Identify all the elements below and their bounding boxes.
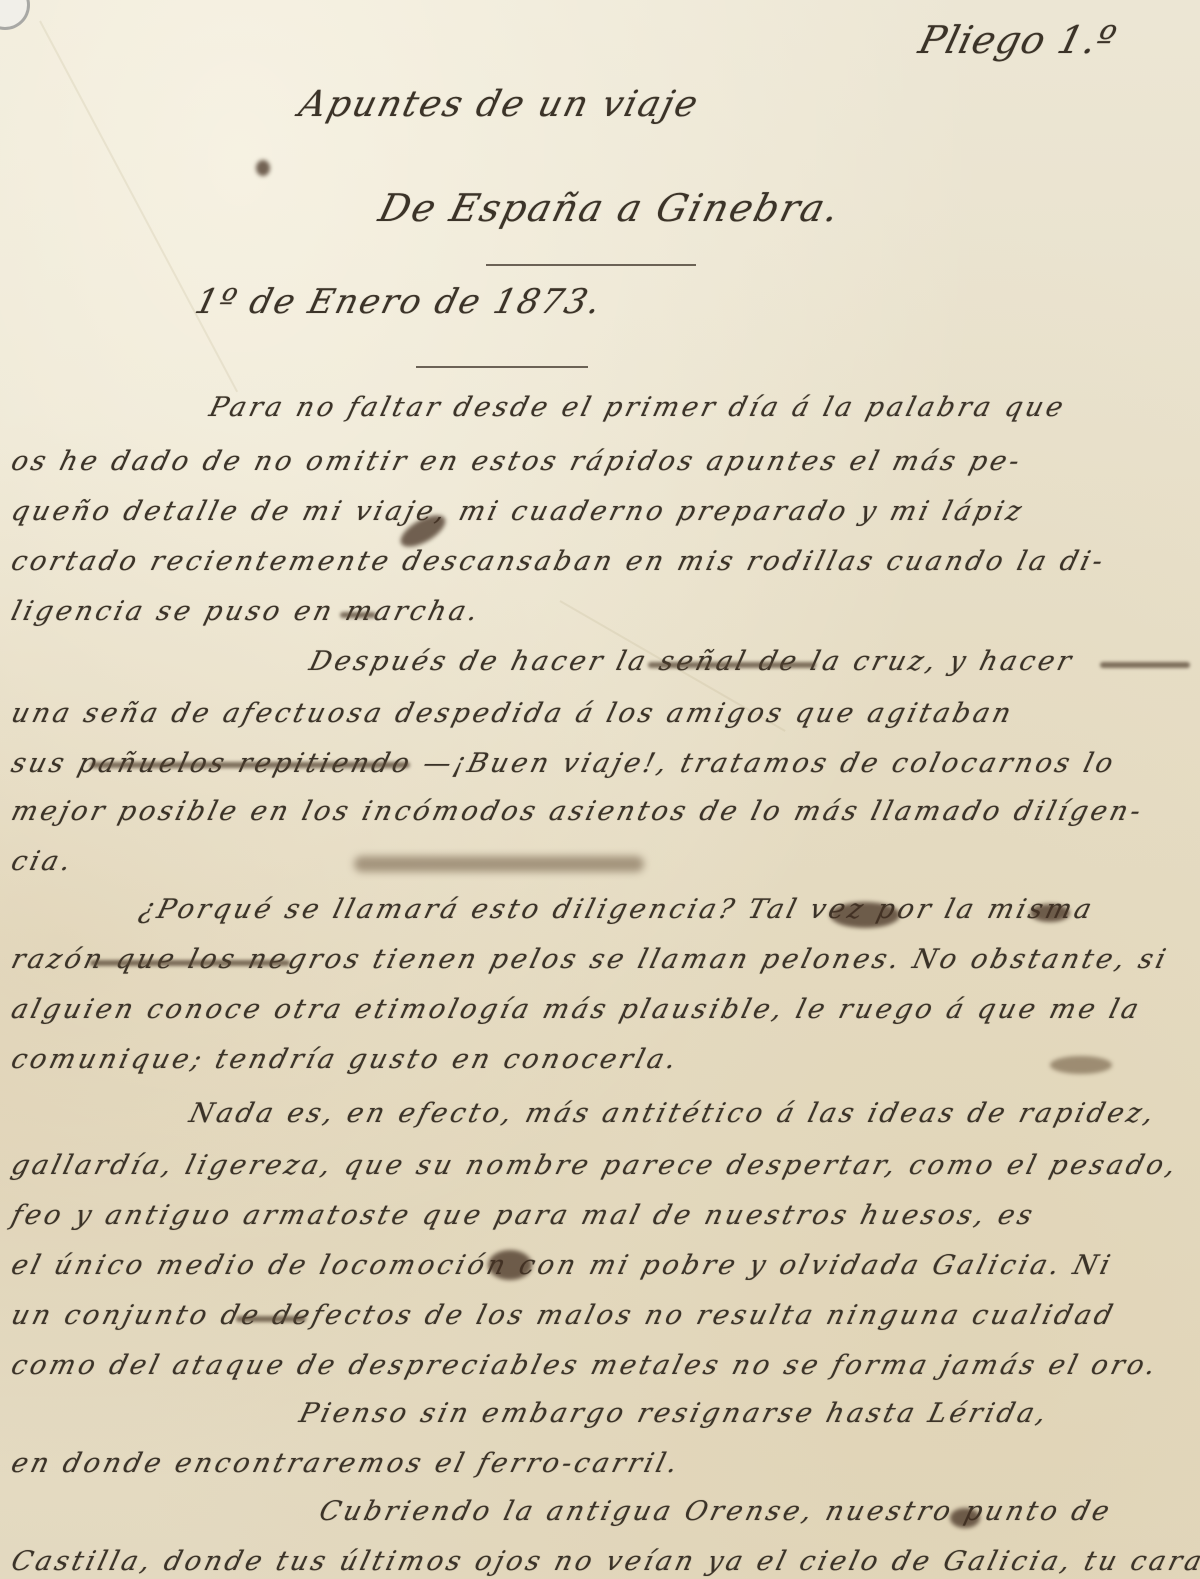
manuscript-line: Pienso sin embargo resignarse hasta Léri…	[296, 1398, 1052, 1429]
ink-dot	[256, 160, 270, 176]
manuscript-line: queño detalle de mi viaje, mi cuaderno p…	[8, 496, 1028, 527]
sheet-number-label: Pliego 1.º	[915, 18, 1122, 62]
manuscript-line: gallardía, ligereza, que su nombre parec…	[8, 1150, 1182, 1181]
document-title: Apuntes de un viaje	[295, 84, 704, 125]
manuscript-line: os he dado de no omitir en estos rápidos…	[8, 446, 1026, 477]
manuscript-line: mejor posible en los incómodos asientos …	[8, 796, 1147, 827]
document-date: 1º de Enero de 1873.	[191, 282, 607, 322]
strike-through	[90, 762, 410, 768]
manuscript-line: Para no faltar desde el primer día á la …	[206, 392, 1069, 423]
ink-blot	[488, 1250, 532, 1280]
document-subtitle: De España a Ginebra.	[375, 186, 846, 230]
manuscript-line: una seña de afectuosa despedida á los am…	[8, 698, 1017, 729]
strike-through	[90, 960, 290, 966]
manuscript-line: un conjunto de defectos de los malos no …	[8, 1300, 1119, 1331]
manuscript-line: ¿Porqué se llamará esto diligencia? Tal …	[136, 894, 1098, 925]
strike-through	[236, 1316, 306, 1322]
manuscript-line: Castilla, donde tus últimos ojos no veía…	[8, 1546, 1200, 1577]
manuscript-line: alguien conoce otra etimología más plaus…	[8, 994, 1145, 1025]
manuscript-line: el único medio de locomoción con mi pobr…	[8, 1250, 1116, 1281]
ink-blot	[950, 1508, 980, 1528]
ink-blot	[1030, 904, 1070, 922]
corner-clip-mark	[0, 0, 30, 30]
ink-blot	[830, 902, 900, 928]
ink-smudge	[354, 856, 644, 872]
strike-through	[340, 612, 376, 618]
strike-through	[1100, 662, 1190, 668]
ink-blot	[1050, 1056, 1112, 1074]
manuscript-line: Cubriendo la antigua Orense, nuestro pun…	[316, 1496, 1115, 1527]
manuscript-line: como del ataque de despreciables metales…	[8, 1350, 1162, 1381]
manuscript-line: ligencia se puso en marcha.	[8, 596, 484, 627]
paper-crease	[39, 21, 238, 393]
manuscript-page: Pliego 1.º Apuntes de un viaje De España…	[0, 0, 1200, 1579]
manuscript-line: en donde encontraremos el ferro-carril.	[8, 1448, 684, 1479]
manuscript-line: cia.	[8, 846, 77, 877]
strike-through	[648, 662, 816, 668]
title-underline	[486, 264, 696, 266]
manuscript-line: cortado recientemente descansaban en mis…	[8, 546, 1109, 577]
manuscript-line: comunique; tendría gusto en conocerla.	[8, 1044, 682, 1075]
manuscript-line: feo y antiguo armatoste que para mal de …	[8, 1200, 1038, 1231]
manuscript-line: Nada es, en efecto, más antitético á las…	[186, 1098, 1160, 1129]
date-underline	[416, 366, 588, 368]
